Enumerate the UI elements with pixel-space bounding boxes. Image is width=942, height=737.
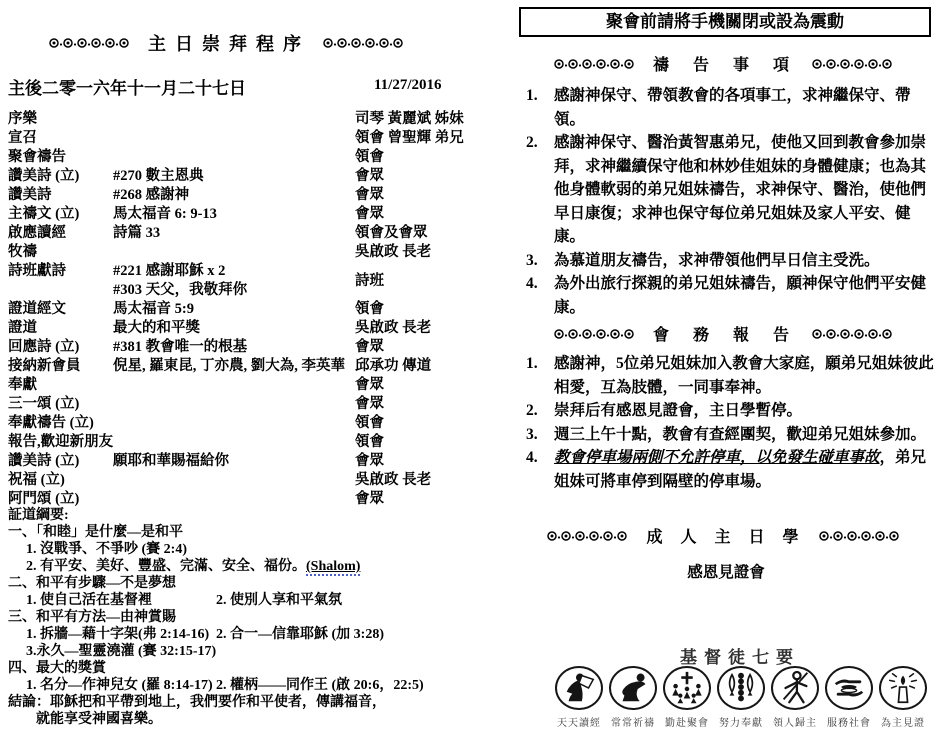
program-item: 讚美詩 (立): [8, 167, 79, 186]
prayer-section-header: 禱 告 事 項: [519, 52, 933, 75]
outline-line: 2. 有平安、美好、豐盛、完滿、安全、福份。(Shalom): [8, 558, 470, 575]
item-text: 感謝神保守、帶領教會的各項事工，求神繼保守、帶領。: [554, 84, 934, 131]
essential-label: 領人歸主: [773, 714, 817, 729]
swirl-ornament-icon: [811, 328, 899, 340]
congregation-cross-icon: [663, 666, 711, 710]
sunday-school-title: 成 人 主 日 學: [646, 529, 805, 546]
program-content: #381 教會唯一的根基: [113, 338, 247, 357]
item-text: 教會停車場兩側不允許停車，以免發生碰車事故，弟兄姐妹可將車停到隔壁的停車場。: [554, 446, 934, 493]
program-item: 宣召: [8, 129, 37, 148]
program-item: 三一頌 (立): [8, 395, 79, 414]
program-item: 啟應讀經: [8, 224, 66, 243]
seven-essentials-title: 基督徒七要: [540, 643, 940, 668]
outline-text: 2. 有平安、美好、豐盛、完滿、安全、福份。: [26, 559, 306, 574]
program-person: 領會及會眾: [355, 224, 428, 243]
item-number: 3.: [522, 249, 554, 273]
program-content: 馬太福音 6: 9-13: [113, 205, 217, 224]
program-row: 主禱文 (立)馬太福音 6: 9-13會眾: [8, 205, 468, 224]
essential-offering: 努力奉獻: [714, 666, 768, 729]
program-content: #221 感謝耶穌 x 2: [113, 262, 225, 281]
essential-lead: 領人歸主: [768, 666, 822, 729]
sermon-outline: 証道綱要: 一、「和睦」是什麼—是和平 1. 沒戰爭、不爭吵 (賽 2:4) 2…: [8, 507, 470, 728]
outline-line: 一、「和睦」是什麼—是和平: [8, 524, 470, 541]
serving-hands-icon: [825, 666, 873, 710]
program-content: 最大的和平獎: [113, 319, 200, 338]
item-number: 2.: [522, 399, 554, 423]
essential-pray: 常常祈禱: [606, 666, 660, 729]
item-number: 2.: [522, 131, 554, 155]
item-number: 1.: [522, 352, 554, 376]
outline-text-2: 2. 權柄——同作王 (啟 20:6，22:5): [216, 677, 424, 694]
program-row: 證道最大的和平獎吳啟政 長老: [8, 319, 468, 338]
item-number: 3.: [522, 423, 554, 447]
phone-notice-box: 聚會前請將手機關閉或設為震動: [519, 7, 931, 37]
program-row: 讚美詩 (立)願耶和華賜福給你會眾: [8, 452, 468, 471]
program-person: 會眾: [355, 205, 384, 224]
essential-label: 常常祈禱: [611, 714, 655, 729]
program-person: 領會 曾聖輝 弟兄: [355, 129, 464, 148]
program-person: 司琴 黃麗斌 姊妹: [355, 110, 464, 129]
outline-conclusion: 結論：耶穌把和平帶到地上，我們要作和平使者，傳講福音，: [8, 694, 470, 711]
program-person: 領會: [355, 433, 384, 452]
essential-attend: 勤赴聚會: [660, 666, 714, 729]
program-row: 接納新會員倪星, 羅東昆, 丁亦農, 劉大為, 李英華邱承功 傳道: [8, 357, 468, 376]
program-row: 回應詩 (立)#381 教會唯一的根基會眾: [8, 338, 468, 357]
date-chinese: 主後二零一六年十一月二十七日: [8, 74, 246, 99]
outline-line: 三、和平有方法—由神賞賜: [8, 609, 470, 626]
program-person: 領會: [355, 414, 384, 433]
report-item-parking: 4.教會停車場兩側不允許停車，以免發生碰車事故，弟兄姐妹可將車停到隔壁的停車場。: [522, 446, 934, 493]
outline-text-2: 2. 合一—信靠耶穌 (加 3:28): [216, 626, 384, 643]
item-text: 崇拜后有感恩見證會，主日學暫停。: [554, 399, 934, 423]
program-row: 牧禱吳啟政 長老: [8, 243, 468, 262]
prayer-item: 2.感謝神保守、醫治黃智惠弟兄，使他又回到教會參加崇拜，求神繼續保守他和林妙佳姐…: [522, 131, 934, 249]
program-item: 接納新會員: [8, 357, 81, 376]
swirl-ornament-icon: [553, 328, 641, 340]
parking-warning-emphasis: 教會停車場兩側不允許停車，以免發生碰車事故: [554, 449, 880, 466]
swirl-ornament-icon: [811, 58, 899, 70]
program-person: 會眾: [355, 338, 384, 357]
program-row: 讚美詩#268 感謝神會眾: [8, 186, 468, 205]
program-person: 吳啟政 長老: [355, 243, 431, 262]
essential-label: 努力奉獻: [719, 714, 763, 729]
swirl-ornament-icon: [546, 530, 634, 542]
outline-conclusion-2: 就能享受神國喜樂。: [8, 711, 470, 728]
report-item: 1.感謝神，5位弟兄姐妹加入教會大家庭，願弟兄姐妹彼此相愛，互為肢體，一同事奉神…: [522, 352, 934, 399]
item-text: 週三上午十點，教會有查經團契，歡迎弟兄姐妹參加。: [554, 423, 934, 447]
program-row: 啟應讀經詩篇 33領會及會眾: [8, 224, 468, 243]
program-row: 序樂司琴 黃麗斌 姊妹: [8, 110, 468, 129]
shalom-note: (Shalom): [306, 559, 360, 576]
program-content: 倪星, 羅東昆, 丁亦農, 劉大為, 李英華: [113, 357, 345, 376]
prayer-item: 1.感謝神保守、帶領教會的各項事工，求神繼保守、帶領。: [522, 84, 934, 131]
praying-icon: [609, 666, 657, 710]
program-row: 宣召領會 曾聖輝 弟兄: [8, 129, 468, 148]
date-numeric: 11/27/2016: [374, 77, 442, 94]
program-content: 詩篇 33: [113, 224, 160, 243]
program-item: 讚美詩 (立): [8, 452, 79, 471]
report-section-title: 會 務 報 告: [653, 327, 799, 344]
program-row: 祝福 (立)吳啟政 長老: [8, 471, 468, 490]
program-person: 詩班: [355, 272, 384, 291]
program-content: #268 感謝神: [113, 186, 189, 205]
essential-label: 勤赴聚會: [665, 714, 709, 729]
candle-witness-icon: [879, 666, 927, 710]
prayer-section-title: 禱 告 事 項: [653, 57, 799, 74]
program-content: 馬太福音 5:9: [113, 300, 194, 319]
program-item: 奉獻禱告 (立): [8, 414, 94, 433]
program-content-line2: #303 天父，我敬拜你: [113, 281, 247, 300]
item-number: 4.: [522, 272, 554, 296]
program-person: 吳啟政 長老: [355, 471, 431, 490]
program-item: 證道經文: [8, 300, 66, 319]
item-text: 為外出旅行探親的弟兄姐妹禱告，願神保守他們平安健康。: [554, 272, 934, 319]
item-number: 4.: [522, 446, 554, 470]
program-row: 三一頌 (立)會眾: [8, 395, 468, 414]
outline-text: 1. 使自己活在基督裡: [26, 593, 152, 608]
essential-serve: 服務社會: [822, 666, 876, 729]
sunday-school-header: 成 人 主 日 學: [519, 524, 933, 547]
seven-essentials-icons: 天天讀經 常常祈禱 勤赴聚會: [552, 666, 930, 729]
essential-label: 服務社會: [827, 714, 871, 729]
swirl-ornament-icon: [553, 58, 641, 70]
program-person: 會眾: [355, 376, 384, 395]
program-person: 邱承功 傳道: [355, 357, 431, 376]
essential-read-bible: 天天讀經: [552, 666, 606, 729]
program-person: 會眾: [355, 395, 384, 414]
item-text: 感謝神，5位弟兄姐妹加入教會大家庭，願弟兄姐妹彼此相愛，互為肢體，一同事奉神。: [554, 352, 934, 399]
outline-line: 1. 拆牆—藉十字架(弗 2:14-16)2. 合一—信靠耶穌 (加 3:28): [8, 626, 470, 643]
swirl-ornament-icon: [48, 37, 136, 49]
program-content: 願耶和華賜福給你: [113, 452, 229, 471]
program-item: 祝福 (立): [8, 471, 65, 490]
program-item: 證道: [8, 319, 37, 338]
program-item: 讚美詩: [8, 186, 52, 205]
program-item: 牧禱: [8, 243, 37, 262]
outline-line: 1. 名分—作神兒女 (羅 8:14-17)2. 權柄——同作王 (啟 20:6…: [8, 677, 470, 694]
program-row: 報告,歡迎新朋友領會: [8, 433, 468, 452]
program-person: 會眾: [355, 452, 384, 471]
page-title: 主日崇拜程序: [148, 34, 310, 54]
prayer-item: 3.為慕道朋友禱告，求神帶領他們早日信主受洗。: [522, 249, 934, 273]
sunday-school-content: 感恩見證會: [519, 560, 933, 582]
outline-line: 1. 使自己活在基督裡2. 使別人享和平氣氛: [8, 592, 470, 609]
prayer-item: 4.為外出旅行探親的弟兄姐妹禱告，願神保守他們平安健康。: [522, 272, 934, 319]
program-item: 序樂: [8, 110, 37, 129]
program-person: 會眾: [355, 167, 384, 186]
worship-program-list: 序樂司琴 黃麗斌 姊妹 宣召領會 曾聖輝 弟兄 聚會禱告領會 讚美詩 (立)#2…: [8, 110, 468, 509]
report-section-header: 會 務 報 告: [519, 322, 933, 345]
program-person: 領會: [355, 148, 384, 167]
program-row: 讚美詩 (立)#270 數主恩典會眾: [8, 167, 468, 186]
program-item: 聚會禱告: [8, 148, 66, 167]
report-list: 1.感謝神，5位弟兄姐妹加入教會大家庭，願弟兄姐妹彼此相愛，互為肢體，一同事奉神…: [522, 352, 934, 493]
essential-label: 天天讀經: [557, 714, 601, 729]
worship-title-row: 主日崇拜程序: [8, 30, 450, 56]
program-person: 領會: [355, 300, 384, 319]
item-text: 為慕道朋友禱告，求神帶領他們早日信主受洗。: [554, 249, 934, 273]
outline-line: 3.永久—聖靈澆灌 (賽 32:15-17): [8, 643, 470, 660]
swirl-ornament-icon: [322, 37, 410, 49]
program-item: 奉獻: [8, 376, 37, 395]
program-person: 會眾: [355, 186, 384, 205]
outline-text: 1. 名分—作神兒女 (羅 8:14-17): [26, 678, 213, 693]
outline-heading: 証道綱要:: [8, 507, 470, 524]
outline-line: 四、最大的獎賞: [8, 660, 470, 677]
item-number: 1.: [522, 84, 554, 108]
outline-text: 1. 拆牆—藉十字架(弗 2:14-16): [26, 627, 209, 642]
reading-bible-icon: [555, 666, 603, 710]
program-row: 奉獻禱告 (立)領會: [8, 414, 468, 433]
report-item: 2.崇拜后有感恩見證會，主日學暫停。: [522, 399, 934, 423]
leading-person-icon: [771, 666, 819, 710]
outline-line: 二、和平有步驟—不是夢想: [8, 575, 470, 592]
report-item: 3.週三上午十點，教會有查經團契，歡迎弟兄姐妹參加。: [522, 423, 934, 447]
outline-text-2: 2. 使別人享和平氣氛: [216, 592, 342, 609]
outline-line: 1. 沒戰爭、不爭吵 (賽 2:4): [8, 541, 470, 558]
program-item: 主禱文 (立): [8, 205, 79, 224]
program-item: 報告,歡迎新朋友: [8, 433, 113, 452]
program-item: 回應詩 (立): [8, 338, 79, 357]
item-text: 感謝神保守、醫治黃智惠弟兄，使他又回到教會參加崇拜，求神繼續保守他和林妙佳姐妹的…: [554, 131, 934, 249]
program-row: 證道經文馬太福音 5:9領會: [8, 300, 468, 319]
program-row-choir: 詩班獻詩#221 感謝耶穌 x 2#303 天父，我敬拜你詩班: [8, 262, 468, 300]
essential-label: 為主見證: [881, 714, 925, 729]
program-row: 聚會禱告領會: [8, 148, 468, 167]
program-row: 奉獻會眾: [8, 376, 468, 395]
swirl-ornament-icon: [818, 530, 906, 542]
program-person: 吳啟政 長老: [355, 319, 431, 338]
essential-witness: 為主見證: [876, 666, 930, 729]
program-content: #270 數主恩典: [113, 167, 204, 186]
loaves-and-fish-icon: [717, 666, 765, 710]
program-item: 詩班獻詩: [8, 262, 66, 281]
prayer-list: 1.感謝神保守、帶領教會的各項事工，求神繼保守、帶領。 2.感謝神保守、醫治黃智…: [522, 84, 934, 319]
